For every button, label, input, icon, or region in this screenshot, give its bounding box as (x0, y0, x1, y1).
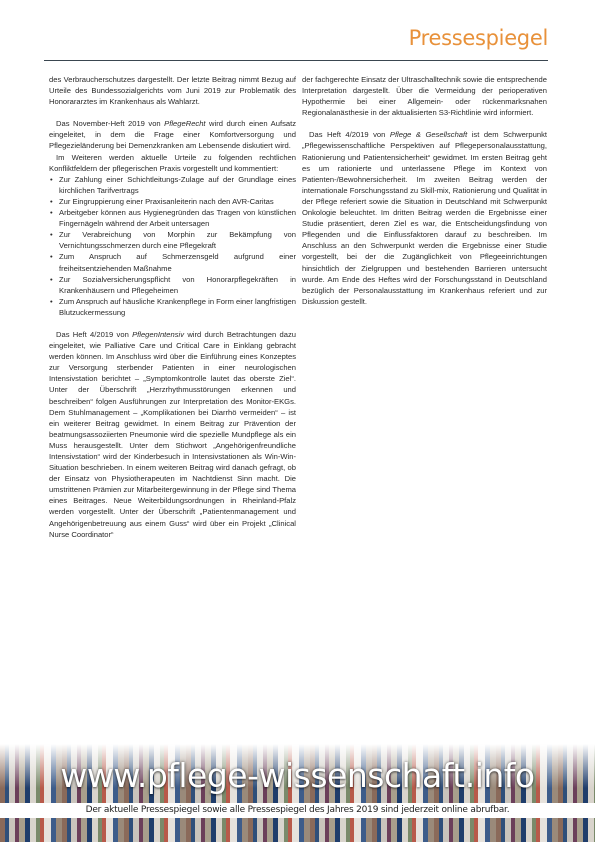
paragraph-pflegenintensiv: Das Heft 4/2019 von PflegenIntensiv wird… (49, 329, 296, 540)
list-item: Zum Anspruch auf häusliche Krankenpflege… (49, 296, 296, 318)
left-column: des Verbraucherschutzes dargestellt. Der… (49, 74, 296, 551)
website-url-link[interactable]: www.pflege-wissenschaft.info (0, 756, 595, 795)
journal-name-pflegerecht: PflegeRecht (164, 119, 205, 128)
page-header-title: Pressespiegel (409, 26, 548, 50)
urteile-list: Zur Zahlung einer Schichtleitungs-Zulage… (49, 174, 296, 318)
list-item: Zur Eingruppierung einer Praxisanleiteri… (49, 196, 296, 207)
list-item: Zur Verabreichung von Morphin zur Bekämp… (49, 229, 296, 251)
right-column: der fachgerechte Einsatz der Ultraschall… (302, 74, 547, 318)
paragraph-urteile-intro: Im Weiteren werden aktuelle Urteile zu f… (49, 152, 296, 174)
journal-name-pflege-gesellschaft: Pflege & Gesellschaft (390, 130, 467, 139)
list-item: Zum Anspruch auf Schmerzensgeld aufgrund… (49, 251, 296, 273)
paragraph-verbraucherschutz: des Verbraucherschutzes dargestellt. Der… (49, 74, 296, 107)
header-divider (44, 60, 548, 61)
paragraph-ultraschall: der fachgerechte Einsatz der Ultraschall… (302, 74, 547, 118)
journal-name-pflegenintensiv: PflegenIntensiv (132, 330, 184, 339)
list-item: Zur Sozialversicherungspflicht von Honor… (49, 274, 296, 296)
list-item: Zur Zahlung einer Schichtleitungs-Zulage… (49, 174, 296, 196)
banner-caption: Der aktuelle Pressespiegel sowie alle Pr… (0, 803, 595, 818)
paragraph-pflege-gesellschaft: Das Heft 4/2019 von Pflege & Gesellschaf… (302, 129, 547, 307)
paragraph-pflegerecht: Das November-Heft 2019 von PflegeRecht w… (49, 118, 296, 151)
list-item: Arbeitgeber können aus Hygienegründen da… (49, 207, 296, 229)
footer-banner: www.pflege-wissenschaft.info Der aktuell… (0, 744, 595, 842)
